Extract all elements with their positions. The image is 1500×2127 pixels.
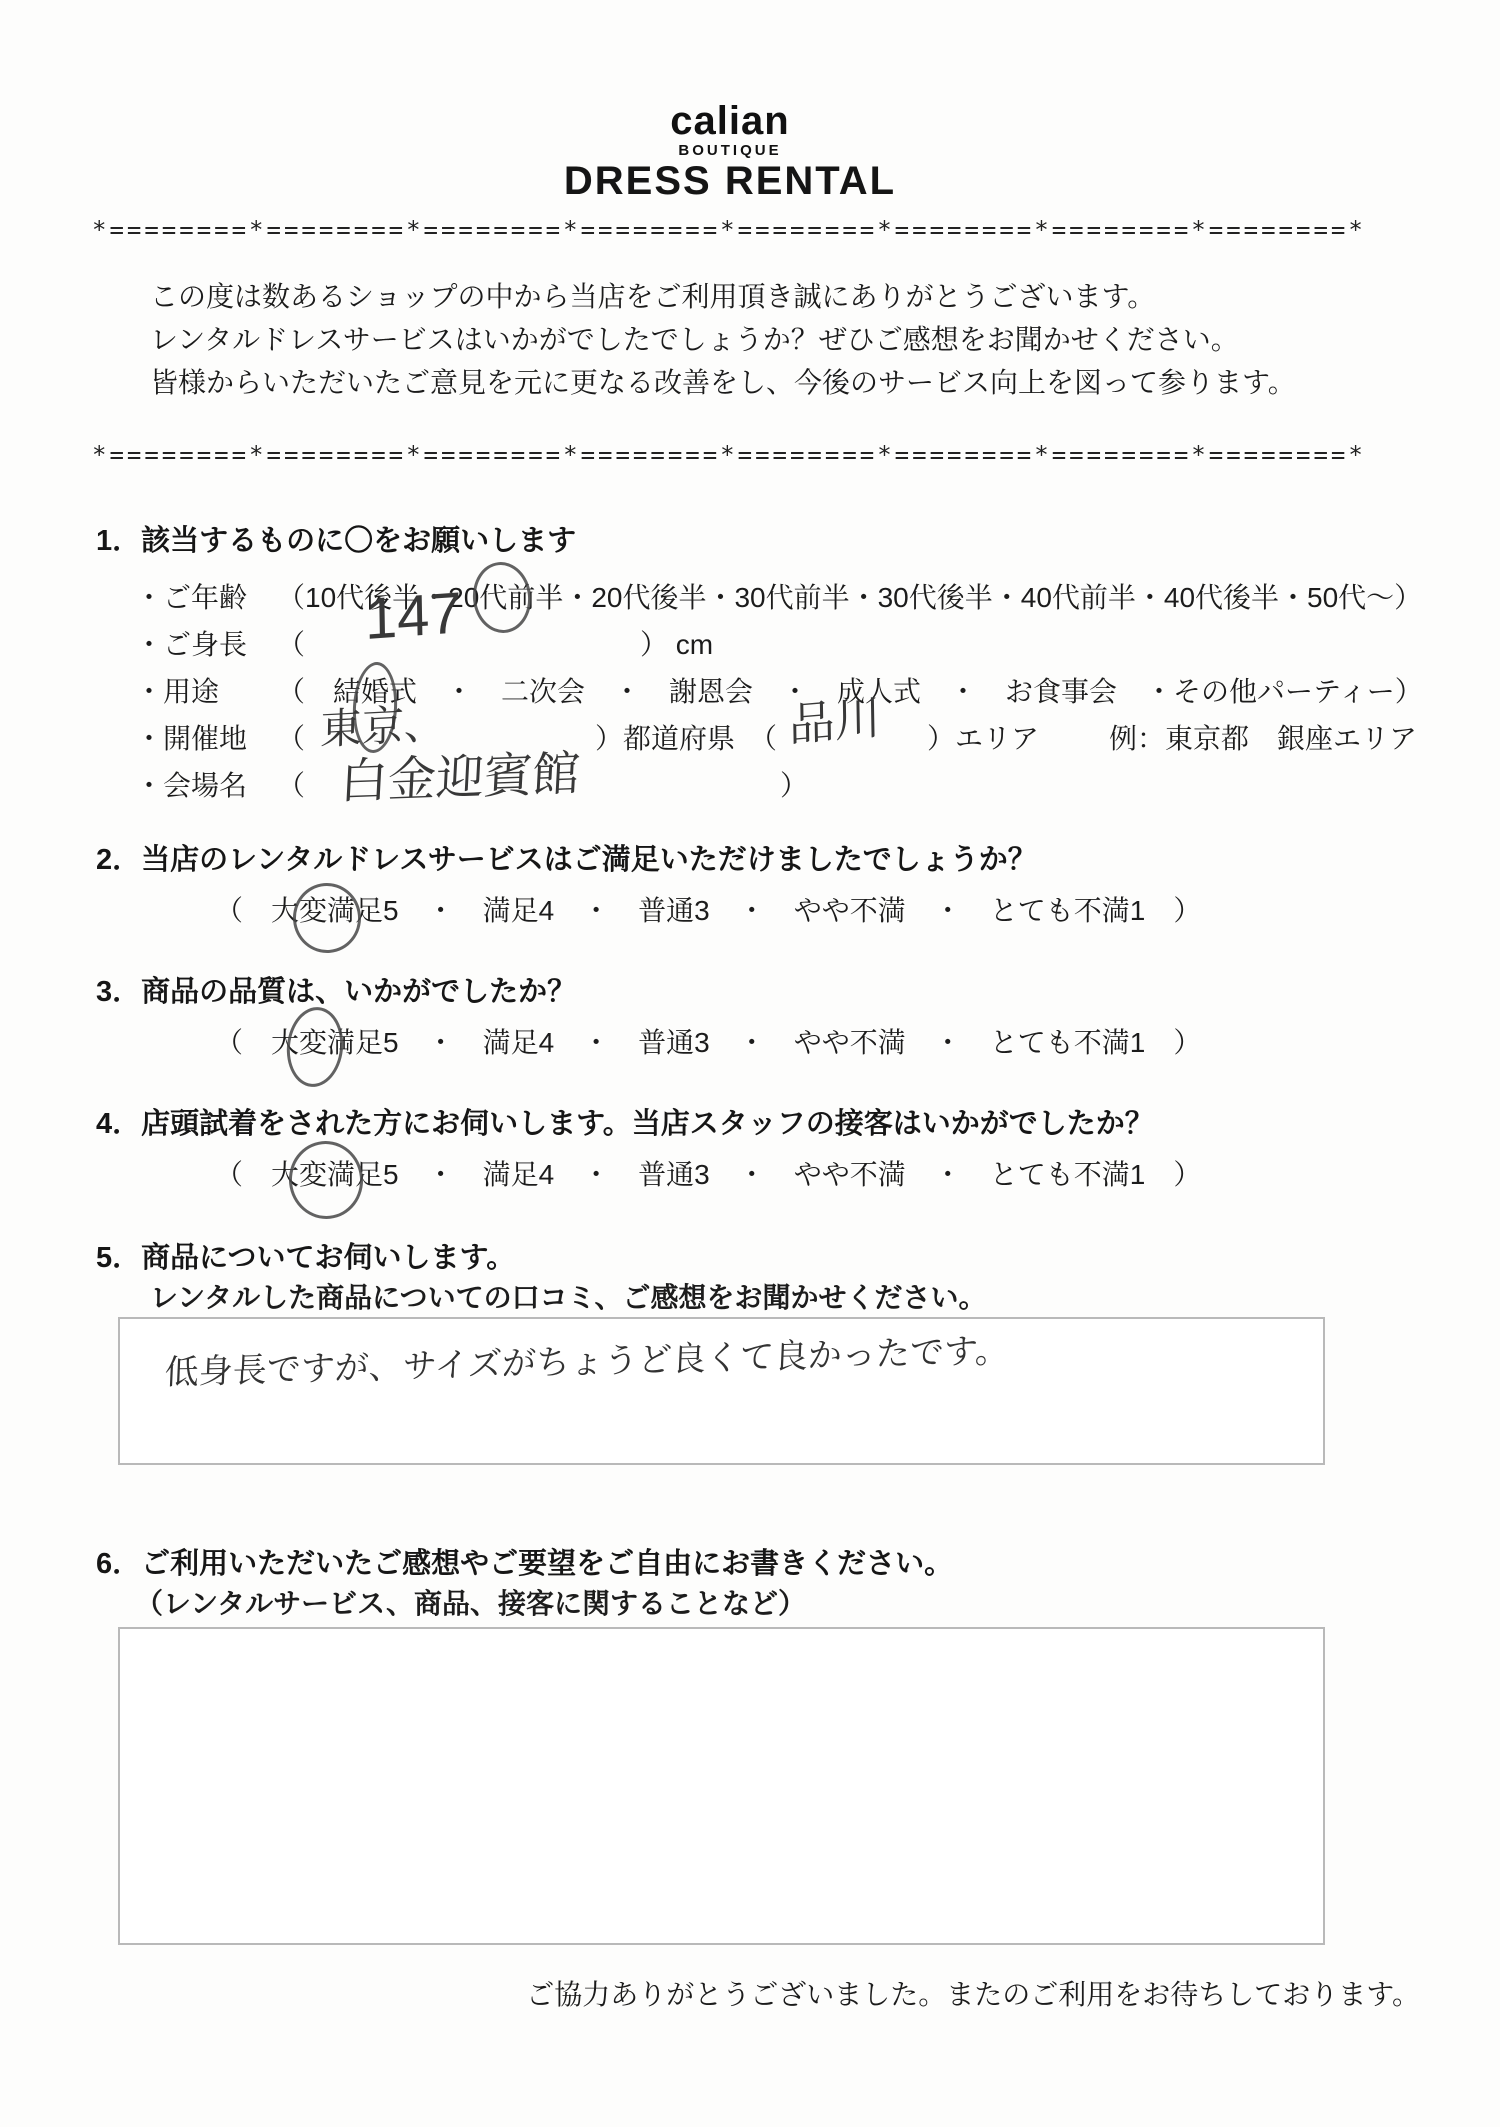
question-1: 1．該当するものに〇をお願いします ・ご年齢 （10代後半・20代前半・20代後… bbox=[0, 524, 1500, 809]
age-circled-choice: 代 bbox=[479, 582, 507, 613]
question-6: 6．ご利用いただいたご感想やご要望をご自由にお書きください。 （レンタルサービス… bbox=[0, 1547, 1500, 1945]
q3-circled-choice: 変 bbox=[299, 1027, 327, 1058]
height-row: ・ご身長 （147） cm bbox=[135, 621, 1500, 668]
q4-circled-choice: 変満 bbox=[299, 1159, 355, 1190]
question-2: 2．当店のレンタルドレスサービスはご満足いただけましたでしょうか？ （ 大変満足… bbox=[0, 843, 1500, 931]
handwritten-circle-q2: 変満 bbox=[299, 891, 355, 931]
place-label: ・開催地 bbox=[135, 715, 277, 762]
q3-options-post: 満足5 ・ 満足4 ・ 普通3 ・ やや不満 ・ とても不満1 ） bbox=[327, 1027, 1201, 1058]
handwritten-circle-q3: 変 bbox=[299, 1023, 327, 1063]
venue-label: ・会場名 bbox=[135, 762, 277, 809]
venue-paren-open: （ bbox=[277, 770, 305, 801]
handwritten-venue-value: 白金迎賓館 bbox=[339, 751, 581, 806]
q4-heading: 4．店頭試着をされた方にお伺いします。当店スタッフの接客はいかがでしたか？ bbox=[96, 1107, 1500, 1141]
place-paren-open: （ bbox=[277, 723, 305, 754]
intro-line-2: レンタルドレスサービスはいかがでしたでしょうか？ぜひご感想をお聞かせください。 bbox=[150, 318, 1500, 361]
prefecture-answer-slot: 東京、 bbox=[305, 720, 595, 748]
place-example: 例：東京都 銀座エリア bbox=[1109, 723, 1417, 754]
handwritten-height-value: 147 bbox=[365, 589, 462, 643]
purpose-options-post: 式 ・ 二次会 ・ 謝恩会 ・ 成人式 ・ お食事会 ・その他パーティー） bbox=[389, 676, 1423, 707]
q2-options-pre: （ 大 bbox=[215, 895, 299, 926]
question-3: 3．商品の品質は、いかがでしたか？ （ 大変満足5 ・ 満足4 ・ 普通3 ・ … bbox=[0, 975, 1500, 1063]
q4-options-post: 足5 ・ 満足4 ・ 普通3 ・ やや不満 ・ とても不満1 ） bbox=[355, 1159, 1201, 1190]
q4-options-pre: （ 大 bbox=[215, 1159, 299, 1190]
handwritten-area-value: 品川 bbox=[789, 694, 881, 749]
separator-line-bottom: *========*========*========*========*===… bbox=[92, 440, 1500, 470]
questionnaire-page: calian BOUTIQUE DRESS RENTAL *========*=… bbox=[0, 0, 1500, 2127]
age-label: ・ご年齢 bbox=[135, 574, 277, 621]
place-mid-label: ）都道府県 （ bbox=[595, 723, 777, 754]
q2-heading: 2．当店のレンタルドレスサービスはご満足いただけましたでしょうか？ bbox=[96, 843, 1500, 877]
q6-comment-box bbox=[118, 1627, 1325, 1945]
q3-options-pre: （ 大 bbox=[215, 1027, 299, 1058]
height-field: （147） cm bbox=[277, 621, 713, 668]
venue-row: ・会場名 （白金迎賓館） bbox=[135, 762, 1500, 809]
purpose-label: ・用途 bbox=[135, 668, 277, 715]
q3-options: （ 大変満足5 ・ 満足4 ・ 普通3 ・ やや不満 ・ とても不満1 ） bbox=[215, 1023, 1500, 1063]
q3-heading: 3．商品の品質は、いかがでしたか？ bbox=[96, 975, 1500, 1009]
venue-paren-close: ） bbox=[780, 770, 808, 801]
q5-subheading: レンタルした商品についての口コミ、ご感想をお聞かせください。 bbox=[150, 1281, 1500, 1315]
separator-line-top: *========*========*========*========*===… bbox=[92, 215, 1500, 245]
venue-answer-slot: 白金迎賓館 bbox=[305, 767, 780, 795]
intro-line-1: この度は数あるショップの中から当店をご利用頂き誠にありがとうございます。 bbox=[150, 275, 1500, 318]
q2-options: （ 大変満足5 ・ 満足4 ・ 普通3 ・ やや不満 ・ とても不満1 ） bbox=[215, 891, 1500, 931]
purpose-options-pre: （ 結 bbox=[277, 676, 361, 707]
handwritten-comment: 低身長ですが、サイズがちょうど良くて良かったです。 bbox=[164, 1323, 1010, 1394]
handwritten-circle-q4: 変満 bbox=[299, 1155, 355, 1195]
q5-comment-box: 低身長ですが、サイズがちょうど良くて良かったです。 bbox=[118, 1317, 1325, 1465]
intro-paragraph: この度は数あるショップの中から当店をご利用頂き誠にありがとうございます。 レンタ… bbox=[150, 275, 1500, 404]
footer-note: ご協力ありがとうございました。またのご利用をお待ちしております。 bbox=[0, 1973, 1420, 2013]
area-answer-slot: 品川 bbox=[777, 720, 927, 748]
brand-logo: calian bbox=[0, 100, 1480, 142]
height-answer-slot: 147 bbox=[305, 626, 640, 654]
page-title: DRESS RENTAL bbox=[0, 159, 1480, 203]
place-paren-close: ）エリア bbox=[927, 723, 1039, 754]
q2-circled-choice: 変満 bbox=[299, 895, 355, 926]
handwritten-prefecture-value: 東京、 bbox=[320, 699, 447, 753]
handwritten-circle-age: 代 bbox=[479, 574, 507, 621]
q6-subheading: （レンタルサービス、商品、接客に関することなど） bbox=[135, 1587, 1500, 1621]
intro-line-3: 皆様からいただいたご意見を元に更なる改善をし、今後のサービス向上を図って参ります… bbox=[150, 361, 1500, 404]
height-paren-close: ） cm bbox=[640, 629, 713, 660]
question-4: 4．店頭試着をされた方にお伺いします。当店スタッフの接客はいかがでしたか？ （ … bbox=[0, 1107, 1500, 1195]
age-row: ・ご年齢 （10代後半・20代前半・20代後半・30代前半・30代後半・40代前… bbox=[135, 574, 1500, 621]
question-5: 5．商品についてお伺いします。 レンタルした商品についての口コミ、ご感想をお聞か… bbox=[0, 1241, 1500, 1465]
q6-heading: 6．ご利用いただいたご感想やご要望をご自由にお書きください。 bbox=[96, 1547, 1500, 1581]
q1-heading: 1．該当するものに〇をお願いします bbox=[96, 524, 1500, 558]
q5-heading: 5．商品についてお伺いします。 bbox=[96, 1241, 1500, 1275]
venue-field: （白金迎賓館） bbox=[277, 762, 808, 809]
height-label: ・ご身長 bbox=[135, 621, 277, 668]
q4-options: （ 大変満足5 ・ 満足4 ・ 普通3 ・ やや不満 ・ とても不満1 ） bbox=[215, 1155, 1500, 1195]
age-options-post: 前半・20代後半・30代前半・30代後半・40代前半・40代後半・50代～） bbox=[507, 582, 1422, 613]
brand-subtitle: BOUTIQUE bbox=[0, 142, 1480, 159]
q2-options-post: 足5 ・ 満足4 ・ 普通3 ・ やや不満 ・ とても不満1 ） bbox=[355, 895, 1201, 926]
place-row: ・開催地 （東京、）都道府県 （品川）エリア例：東京都 銀座エリア bbox=[135, 715, 1500, 762]
brand-header: calian BOUTIQUE DRESS RENTAL bbox=[0, 0, 1480, 203]
height-paren-open: （ bbox=[277, 629, 305, 660]
